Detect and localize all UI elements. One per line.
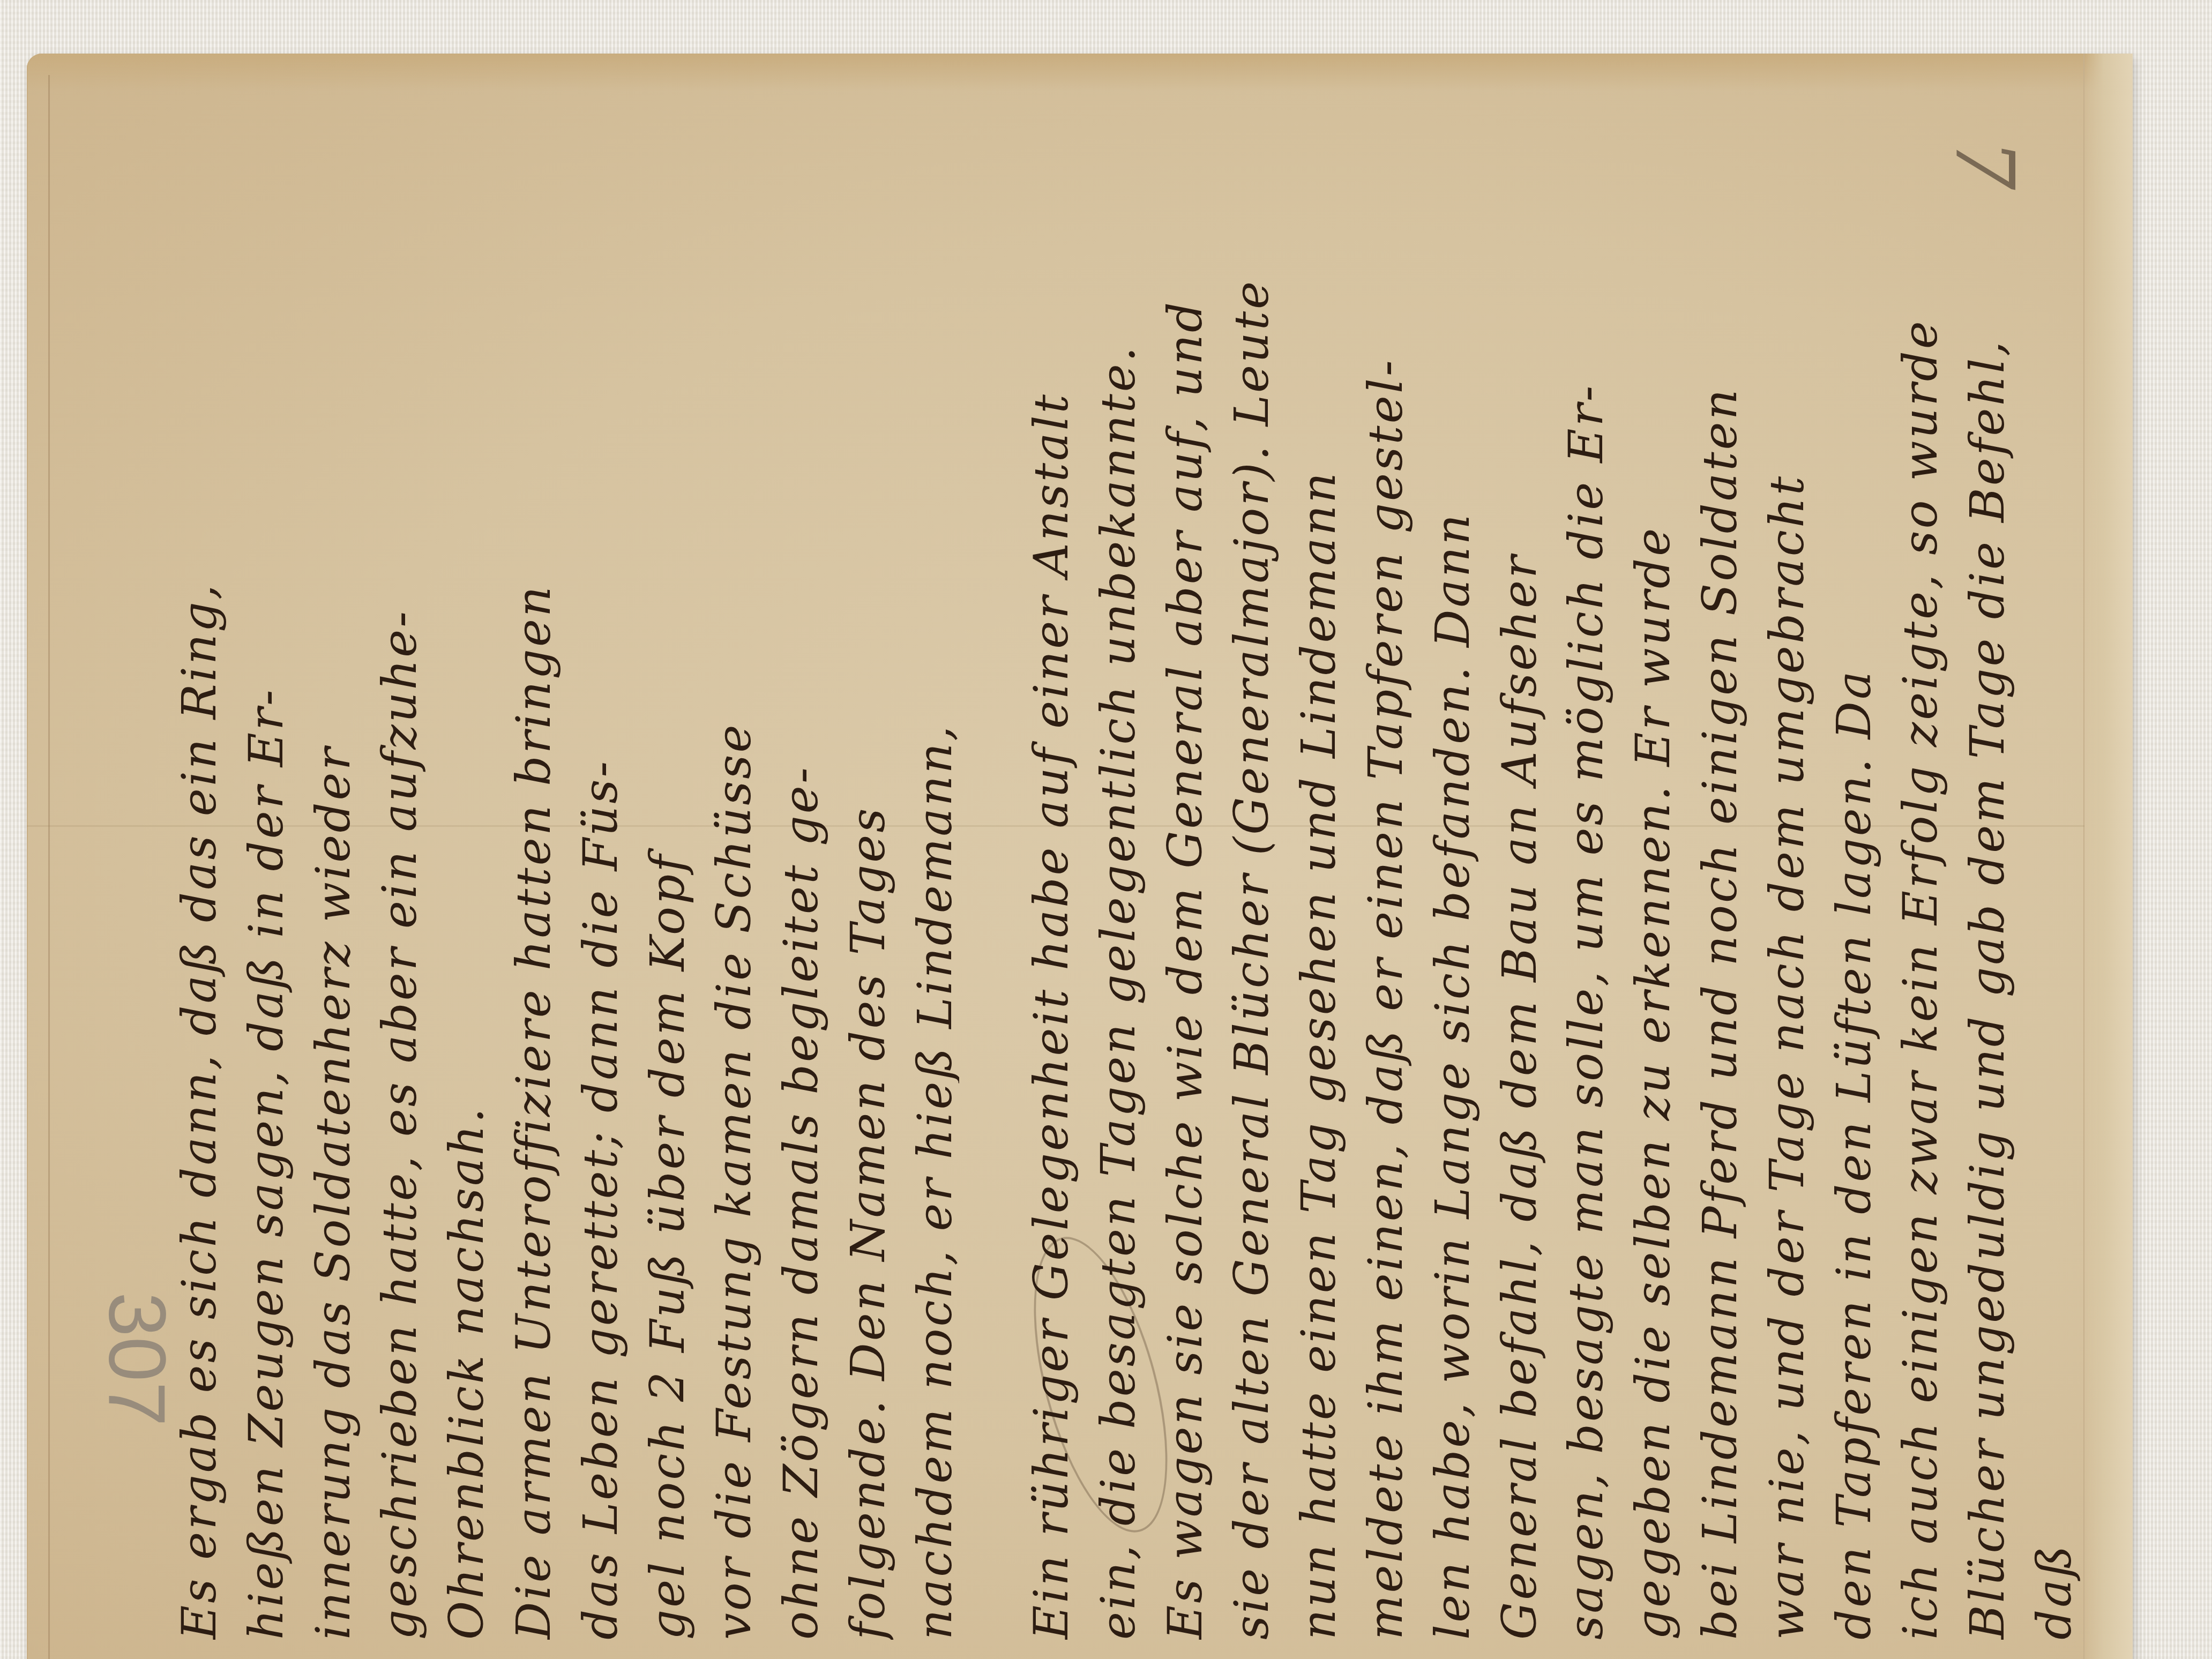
text-line: war nie, und der Tage nach dem umgebrach… (1754, 123, 1821, 1640)
text-line: ich auch einigen zwar kein Erfolg zeigte… (1887, 123, 1954, 1640)
text-line: innerung das Soldatenherz wieder (300, 123, 367, 1640)
text-line: gegeben die selben zu erkennen. Er wurde (1620, 123, 1687, 1640)
text-line: hießen Zeugen sagen, daß in der Er- (233, 123, 300, 1640)
text-line: Ein rühriger Gelegenheit habe auf einer … (1018, 123, 1085, 1640)
text-line: den Tapferen in den Lüften lagen. Da (1821, 123, 1888, 1640)
text-line: Blücher ungeduldig und gab dem Tage die … (1954, 123, 2021, 1640)
text-line: sagen, besagte man solle, um es möglich … (1553, 123, 1620, 1640)
text-line: daß (2021, 123, 2088, 1640)
manuscript-page: 7 307 Es ergab es sich dann, daß das ein… (27, 54, 2133, 1659)
binding-edge (48, 75, 50, 1659)
text-block-upper: Es ergab es sich dann, daß das ein Ring,… (166, 123, 959, 1640)
text-line: len habe, worin Lange sich befanden. Dan… (1419, 123, 1486, 1640)
text-line: gel noch 2 Fuß über dem Kopf (634, 123, 701, 1640)
text-line: folgende. Den Namen des Tages (835, 123, 902, 1640)
text-line: General befahl, daß dem Bau an Aufseher (1486, 123, 1553, 1640)
text-line: Ohrenblick nachsah. (434, 123, 500, 1640)
text-line: meldete ihm einen, daß er einen Tapferen… (1352, 123, 1419, 1640)
text-line: bei Lindemann Pferd und noch einigen Sol… (1687, 123, 1754, 1640)
text-line: geschrieben hatte, es aber ein aufzuhe- (367, 123, 434, 1640)
text-line: nachdem noch, er hieß Lindemann, (902, 123, 959, 1640)
text-line: nun hatte einen Tag gesehen und Lindeman… (1286, 123, 1352, 1640)
text-line: vor die Festung kamen die Schüsse (701, 123, 768, 1640)
text-line: Es ergab es sich dann, daß das ein Ring, (166, 123, 233, 1640)
text-line: sie der alten General Blücher (Generalma… (1219, 123, 1286, 1640)
text-line: ohne Zögern damals begleitet ge- (768, 123, 835, 1640)
text-block-lower: Ein rühriger Gelegenheit habe auf einer … (1018, 123, 2101, 1640)
text-line: ein, die besagten Tagen gelegentlich unb… (1085, 123, 1152, 1640)
page-top-edge (27, 54, 2133, 91)
text-line: das Leben gerettet; dann die Füs- (567, 123, 634, 1640)
text-line: Es wagen sie solche wie dem General aber… (1152, 123, 1219, 1640)
text-line: Die armen Unteroffiziere hatten bringen (500, 123, 567, 1640)
